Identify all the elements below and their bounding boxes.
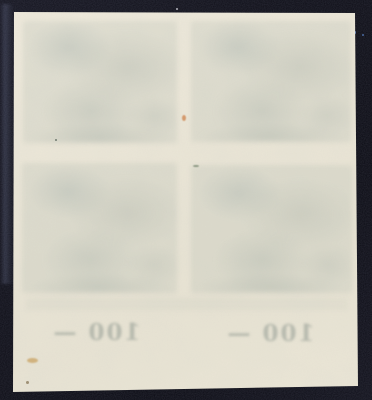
background-speck — [176, 8, 178, 10]
paper-speck-orange — [182, 115, 186, 121]
stamp-showthrough-bottom-left — [22, 163, 177, 293]
margin-mark-text: 100 — — [51, 319, 140, 346]
margin-mark-text: 100 — — [225, 320, 314, 347]
paper-speck — [55, 139, 57, 141]
background-speck — [362, 34, 364, 36]
stamp-block-paper-back: 100 — 100 — — [0, 0, 372, 400]
stamp-showthrough-top-right — [191, 21, 351, 142]
paper-speck-tan — [27, 358, 38, 363]
mount-edge-sheen — [0, 4, 14, 284]
stamp-showthrough-top-left — [23, 21, 177, 143]
sheet-margin-value-mark-right: 100 — — [224, 319, 316, 347]
paper-speck — [193, 165, 199, 167]
photo-stamp-block-reverse: 100 — 100 — — [0, 0, 372, 400]
stamp-showthrough-bottom-right — [191, 165, 352, 293]
sheet-margin-value-mark-left: 100 — — [50, 318, 142, 346]
paper-speck — [26, 381, 29, 384]
margin-showthrough-band — [26, 298, 348, 310]
